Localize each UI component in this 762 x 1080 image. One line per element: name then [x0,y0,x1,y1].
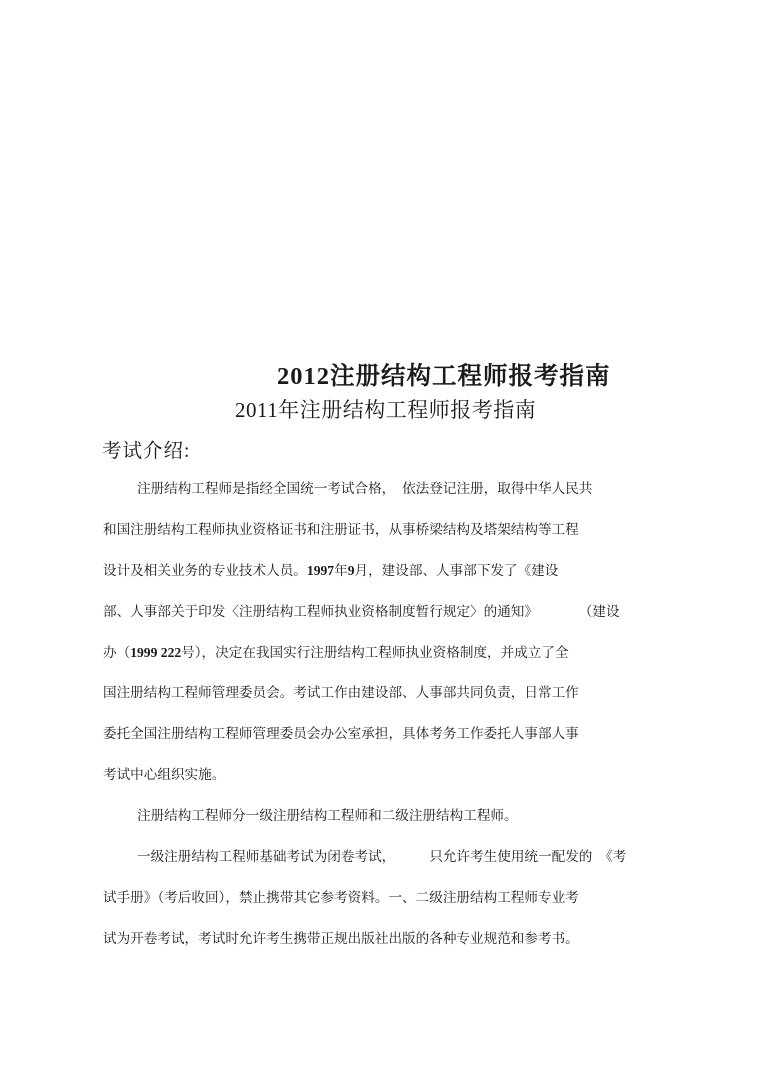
document-line: 国注册结构工程师管理委员会。考试工作由建设部、人事部共同负责，日常工作 [103,673,703,714]
text-run: 和国注册结构工程师执业资格证书和注册证书，从事桥梁结构及塔架结构等工程 [103,522,579,537]
text-run: 部、人事部关于印发〈注册结构工程师执业资格制度暂行规定〉的通知》 （建设 [103,604,620,619]
text-run: 年 [334,563,348,578]
document-line: 委托全国注册结构工程师管理委员会办公室承担，具体考务工作委托人事部人事 [103,714,703,755]
text-run: 号），决定在我国实行注册结构工程师执业资格制度，并成立了全 [181,645,568,660]
text-run: 委托全国注册结构工程师管理委员会办公室承担，具体考务工作委托人事部人事 [103,726,579,741]
document-line: 注册结构工程师分一级注册结构工程师和二级注册结构工程师。 [103,796,703,837]
bold-text-run: 1997 [307,563,334,578]
text-run: 设计及相关业务的专业技术人员。 [103,563,307,578]
text-run: 注册结构工程师分一级注册结构工程师和二级注册结构工程师。 [137,808,518,823]
document-line: 和国注册结构工程师执业资格证书和注册证书，从事桥梁结构及塔架结构等工程 [103,510,703,551]
document-line: 试为开卷考试，考试时允许考生携带正规出版社出版的各种专业规范和参考书。 [103,919,703,960]
document-page: 2012注册结构工程师报考指南 2011年注册结构工程师报考指南 考试介绍: 注… [0,0,762,1080]
section-heading: 考试介绍: [102,441,190,462]
text-run: 考试中心组织实施。 [103,767,225,782]
document-body: 注册结构工程师是指经全国统一考试合格， 依法登记注册，取得中华人民共和国注册结构… [103,469,703,960]
text-run: 月，建设部、人事部下发了《建设 [354,563,558,578]
text-run: 试手册》（考后收回），禁止携带其它参考资料。一、二级注册结构工程师专业考 [103,890,579,905]
document-line: 办（1999 222号），决定在我国实行注册结构工程师执业资格制度，并成立了全 [103,633,703,674]
document-line: 注册结构工程师是指经全国统一考试合格， 依法登记注册，取得中华人民共 [103,469,703,510]
document-line: 考试中心组织实施。 [103,755,703,796]
bold-text-run: 1999 222 [130,645,181,660]
document-line: 一级注册结构工程师基础考试为闭卷考试， 只允许考生使用统一配发的 《考 [103,837,703,878]
text-run: 注册结构工程师是指经全国统一考试合格， 依法登记注册，取得中华人民共 [137,481,592,496]
text-run: 国注册结构工程师管理委员会。考试工作由建设部、人事部共同负责，日常工作 [103,685,579,700]
text-run: 试为开卷考试，考试时允许考生携带正规出版社出版的各种专业规范和参考书。 [103,931,579,946]
text-run: 办（ [103,645,130,660]
text-run: 一级注册结构工程师基础考试为闭卷考试， 只允许考生使用统一配发的 《考 [137,849,626,864]
document-line: 部、人事部关于印发〈注册结构工程师执业资格制度暂行规定〉的通知》 （建设 [103,592,703,633]
document-line: 试手册》（考后收回），禁止携带其它参考资料。一、二级注册结构工程师专业考 [103,878,703,919]
document-title: 2012注册结构工程师报考指南 [277,364,611,391]
document-subtitle: 2011年注册结构工程师报考指南 [235,399,536,422]
document-line: 设计及相关业务的专业技术人员。1997年9月，建设部、人事部下发了《建设 [103,551,703,592]
